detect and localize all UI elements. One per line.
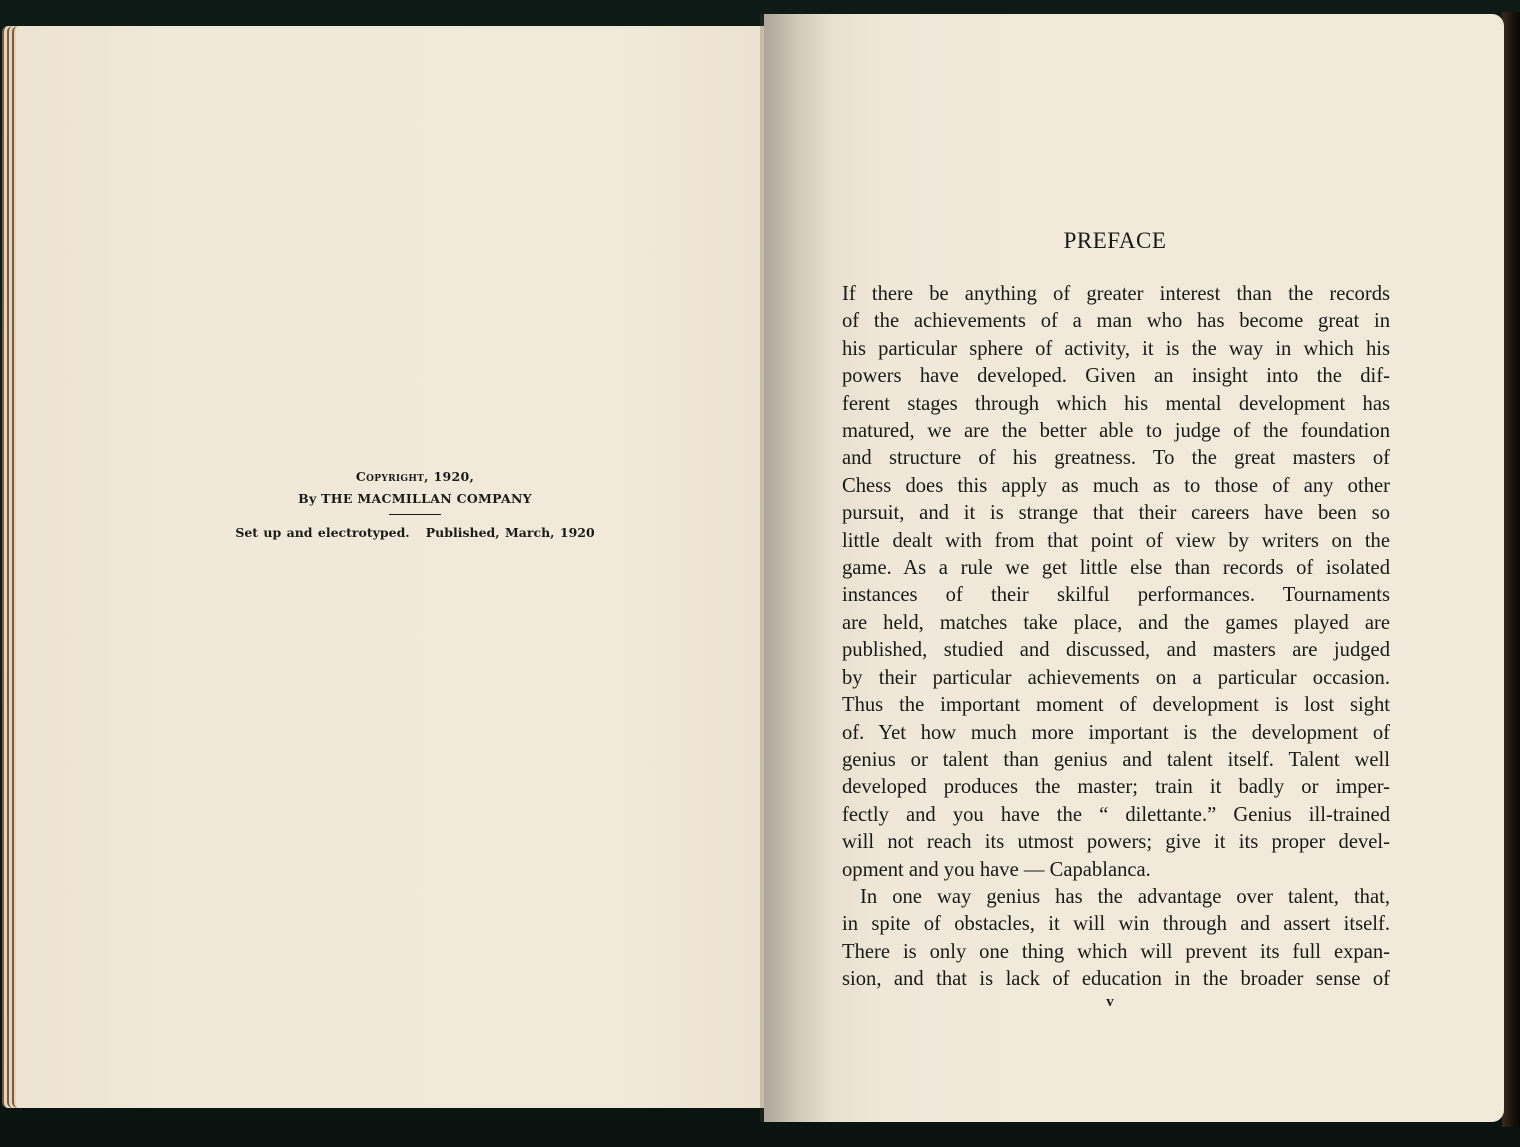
copyright-block: Copyright, 1920, By THE MACMILLAN COMPAN…: [230, 466, 600, 543]
text-line: ferent stages through which his mental d…: [842, 391, 1390, 418]
page-title: PREFACE: [830, 228, 1400, 254]
text-line: fectly and you have the “ dilettante.” G…: [842, 802, 1390, 829]
left-page: [16, 26, 764, 1108]
paragraph-2: In one way genius has the advantage over…: [842, 884, 1390, 994]
text-line: and structure of his greatness. To the g…: [842, 445, 1390, 472]
text-line: developed produces the master; train it …: [842, 774, 1390, 801]
text-line: Thus the important moment of development…: [842, 692, 1390, 719]
text-line: Chess does this apply as much as to thos…: [842, 473, 1390, 500]
paragraph-1: If there be anything of greater interest…: [842, 281, 1390, 884]
text-line: of the achievements of a man who has bec…: [842, 308, 1390, 335]
publication-line: Set up and electrotyped. Published, Marc…: [230, 523, 600, 543]
text-line: are held, matches take place, and the ga…: [842, 610, 1390, 637]
text-line: There is only one thing which will preve…: [842, 939, 1390, 966]
text-line: published, studied and discussed, and ma…: [842, 637, 1390, 664]
copyright-notice: Copyright, 1920,: [230, 466, 600, 488]
text-line: by their particular achievements on a pa…: [842, 665, 1390, 692]
publisher-line: By THE MACMILLAN COMPANY: [230, 488, 600, 510]
preface-body: If there be anything of greater interest…: [842, 281, 1390, 994]
text-line: of. Yet how much more important is the d…: [842, 720, 1390, 747]
page-number: v: [1060, 994, 1160, 1011]
text-line: powers have developed. Given an insight …: [842, 363, 1390, 390]
text-line: pursuit, and it is strange that their ca…: [842, 500, 1390, 527]
divider-rule: [389, 514, 441, 515]
text-line: his particular sphere of activity, it is…: [842, 336, 1390, 363]
text-line: genius or talent than genius and talent …: [842, 747, 1390, 774]
right-book-edge: [1502, 12, 1520, 1127]
text-line: will not reach its utmost powers; give i…: [842, 829, 1390, 856]
text-line: sion, and that is lack of education in t…: [842, 966, 1390, 993]
text-line: opment and you have — Capablanca.: [842, 857, 1390, 884]
text-line: matured, we are the better able to judge…: [842, 418, 1390, 445]
text-line: In one way genius has the advantage over…: [842, 884, 1390, 911]
text-line: in spite of obstacles, it will win throu…: [842, 911, 1390, 938]
text-line: If there be anything of greater interest…: [842, 281, 1390, 308]
text-line: instances of their skilful performances.…: [842, 582, 1390, 609]
text-line: game. As a rule we get little else than …: [842, 555, 1390, 582]
text-line: little dealt with from that point of vie…: [842, 528, 1390, 555]
